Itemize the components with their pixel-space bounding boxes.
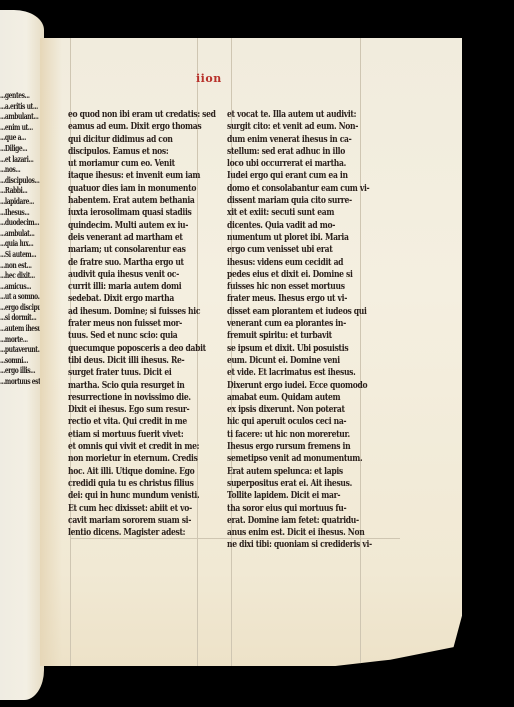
text-line: domo et consolabantur eam cum vi- [227,183,377,195]
text-line: de fratre suo. Martha ergo ut [68,257,218,269]
text-line: et omnis qui vivit et credit in me: [68,441,218,453]
text-line: non morietur in eternum. Credis [68,453,218,465]
text-line: loco ubi occurrerat ei martha. [227,158,377,170]
text-line: Et cum hec dixisset: abiit et vo- [68,503,218,515]
text-line: ad ihesum. Domine; si fuisses hic [68,306,218,318]
text-line: eo quod non ibi eram ut credatis: sed [68,109,218,121]
text-line: tuus. Sed et nunc scio: quia [68,330,218,342]
left-page-text: ...gentes......a.eritis ut......ambulant… [0,90,42,387]
text-line: ut moriamur cum eo. Venit [68,158,218,170]
text-line: dum enim venerat ihesus in ca- [227,134,377,146]
text-line: amabat eum. Quidam autem [227,392,377,404]
text-line: ...discipulos... [0,175,44,186]
text-line: ...ergo discipuli... [0,302,44,313]
text-line: ...duodecim... [0,217,44,228]
text-line: ne dixi tibi: quoniam si credideris vi- [227,539,377,551]
text-line: ...autem ihesus... [0,323,44,334]
text-line: ...ambulant... [0,111,44,122]
text-line: quatuor dies iam in monumento [68,183,218,195]
text-line: frater meus non fuisset mor- [68,318,218,330]
text-line: ...morte... [0,334,44,345]
text-line: ergo cum venisset ubi erat [227,244,377,256]
text-line: ...a.eritis ut... [0,101,44,112]
text-line: se ipsum et dixit. Ubi posuistis [227,343,377,355]
text-line: Erat autem spelunca: et lapis [227,466,377,478]
text-line: fremuit spiritu: et turbavit [227,330,377,342]
text-line: ...lapidare... [0,196,44,207]
text-line: ...ambulat... [0,228,44,239]
text-line: credidi quia tu es christus filius [68,478,218,490]
text-line: quindecim. Multi autem ex iu- [68,220,218,232]
text-line: ...gentes... [0,90,44,101]
text-line: ...putaverunt... [0,344,44,355]
text-line: anus enim est. Dicit ei ihesus. Non [227,527,377,539]
text-line: semetipso venit ad monumentum. [227,453,377,465]
text-line: Dixerunt ergo iudei. Ecce quomodo [227,380,377,392]
gutter-shadow [40,38,62,666]
text-line: Tollite lapidem. Dicit ei mar- [227,490,377,502]
text-line: mariam; ut consolarentur eas [68,244,218,256]
text-line: xit et exiit: secuti sunt eam [227,207,377,219]
text-line: sedebat. Dixit ergo martha [68,293,218,305]
text-line: deis venerant ad martham et [68,232,218,244]
text-line: hoc. Ait illi. Utique domine. Ego [68,466,218,478]
text-line: ...ut a somno... [0,291,44,302]
text-line: lentio dicens. Magister adest: [68,527,218,539]
text-line: rectio et vita. Qui credit in me [68,416,218,428]
text-line: ...et lazari... [0,154,44,165]
text-line: ...non est... [0,260,44,271]
text-line: ...nos... [0,164,44,175]
text-line: frater meus. Ihesus ergo ut vi- [227,293,377,305]
text-line: ...mortuus est... [0,376,44,387]
text-line: ti facere: ut hic non moreretur. [227,429,377,441]
text-line: ...ergo illis... [0,365,44,376]
text-line: itaque ihesus: et invenit eum iam [68,170,218,182]
text-line: ...amicus... [0,281,44,292]
text-line: ex ipsis dixerunt. Non poterat [227,404,377,416]
text-line: dissent mariam quia cito surre- [227,195,377,207]
text-line: ...somni... [0,355,44,366]
text-column-a: eo quod non ibi eram ut credatis: sedeam… [68,109,218,539]
text-line: pedes eius et dixit ei. Domine si [227,269,377,281]
text-line: currit illi: maria autem domi [68,281,218,293]
text-line: ...Rabbi... [0,185,44,196]
left-page-fragment: ...gentes......a.eritis ut......ambulant… [0,10,44,700]
text-line: discipulos. Eamus et nos: [68,146,218,158]
text-line: stellum: sed erat adhuc in illo [227,146,377,158]
text-line: et vide. Et lacrimatus est ihesus. [227,367,377,379]
text-line: ...que a... [0,132,44,143]
text-line: tibi deus. Dicit illi ihesus. Re- [68,355,218,367]
text-line: ihesus: videns eum cecidit ad [227,257,377,269]
text-line: ...si dormit... [0,312,44,323]
text-line: iuxta ierosolimam quasi stadiis [68,207,218,219]
text-line: eum. Dicunt ei. Domine veni [227,355,377,367]
text-line: surget frater tuus. Dicit ei [68,367,218,379]
text-line: audivit quia ihesus venit oc- [68,269,218,281]
text-line: Iudei ergo qui erant cum ea in [227,170,377,182]
text-line: fuisses hic non esset mortuus [227,281,377,293]
text-line: erat. Domine iam fetet: quatridu- [227,515,377,527]
text-line: surgit cito: et venit ad eum. Non- [227,121,377,133]
text-line: ...quia lux... [0,238,44,249]
text-line: dei: qui in hunc mundum venisti. [68,490,218,502]
text-line: ...Dilige... [0,143,44,154]
text-line: ...Si autem... [0,249,44,260]
text-line: dicentes. Quia vadit ad mo- [227,220,377,232]
text-line: superpositus erat ei. Ait ihesus. [227,478,377,490]
text-line: tha soror eius qui mortuus fu- [227,503,377,515]
text-line: hic qui aperuit oculos ceci na- [227,416,377,428]
running-title: iion [196,72,222,85]
text-column-b: et vocat te. Illa autem ut audivit:surgi… [227,109,377,552]
text-line: qui dicitur didimus ad con [68,134,218,146]
text-line: ...hec dixit... [0,270,44,281]
text-line: ...Ihesus... [0,207,44,218]
text-line: ...enim ut... [0,122,44,133]
text-line: habentem. Erat autem bethania [68,195,218,207]
text-line: numentum ut ploret ibi. Maria [227,232,377,244]
text-line: quecumque poposceris a deo dabit [68,343,218,355]
text-line: et vocat te. Illa autem ut audivit: [227,109,377,121]
text-line: martha. Scio quia resurget in [68,380,218,392]
manuscript-page: iion eo quod non ibi eram ut credatis: s… [40,38,462,666]
text-line: venerant cum ea plorantes in- [227,318,377,330]
text-line: cavit mariam sororem suam si- [68,515,218,527]
text-line: etiam si mortuus fuerit vivet: [68,429,218,441]
text-line: eamus ad eum. Dixit ergo thomas [68,121,218,133]
text-line: Dixit ei ihesus. Ego sum resur- [68,404,218,416]
text-line: Ihesus ergo rursum fremens in [227,441,377,453]
text-line: resurrectione in novissimo die. [68,392,218,404]
text-line: disset eam plorantem et iudeos qui [227,306,377,318]
